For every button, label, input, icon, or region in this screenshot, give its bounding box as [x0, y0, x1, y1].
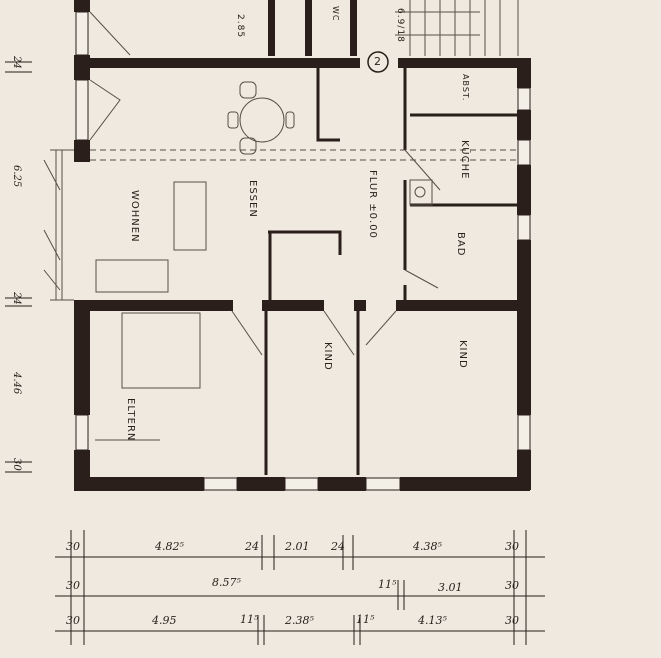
vdim-1: 24	[11, 56, 22, 69]
room-label-essen: ESSEN	[247, 180, 258, 218]
room-label-eltern: ELTERN	[125, 398, 136, 441]
room-label-wohnen: WOHNEN	[129, 190, 140, 243]
hdim-r1-3: 2.01	[285, 540, 310, 553]
hdim-r3-6: 30	[505, 614, 519, 627]
hdim-r2-4: 30	[505, 579, 519, 592]
hdim-r3-5: 4.13⁵	[418, 614, 447, 627]
room-label-flur: FLUR ±0.00	[367, 170, 378, 239]
vdim-2: 6.25	[11, 165, 22, 187]
hdim-r1-2: 24	[245, 540, 259, 553]
room-label-wc: WC	[331, 6, 340, 22]
vdim-5: 30	[11, 458, 22, 471]
hdim-r3-2: 11⁵	[240, 613, 258, 626]
room-label-kind-1: KIND	[322, 342, 333, 371]
hdim-r3-4: 11⁵	[356, 613, 374, 626]
room-label-abst: ABST.	[461, 74, 470, 101]
hdim-r2-2: 11⁵	[378, 578, 396, 591]
room-label-kueche: KÜCHE	[459, 140, 470, 179]
stair-ratio: 6.9/18	[395, 8, 405, 43]
floor-plan	[0, 0, 661, 658]
hdim-r1-0: 30	[66, 540, 80, 553]
vdim-4: 4.46	[11, 372, 22, 394]
hdim-r1-6: 30	[505, 540, 519, 553]
hdim-r2-3: 3.01	[438, 581, 463, 594]
hdim-r3-1: 4.95	[152, 614, 177, 627]
hdim-r2-1: 8.57⁵	[212, 576, 241, 589]
unit-marker: 2	[374, 55, 382, 68]
room-label-kind-2: KIND	[457, 340, 468, 369]
hdim-r3-0: 30	[66, 614, 80, 627]
hdim-r1-5: 4.38⁵	[413, 540, 442, 553]
hdim-r2-0: 30	[66, 579, 80, 592]
hdim-r1-1: 4.82⁵	[155, 540, 184, 553]
hdim-r1-4: 24	[331, 540, 345, 553]
hdim-r3-3: 2.38⁵	[285, 614, 314, 627]
vdim-3: 24	[11, 292, 22, 305]
room-label-bad: BAD	[455, 232, 466, 256]
height-annotation: 2.85	[235, 14, 245, 38]
